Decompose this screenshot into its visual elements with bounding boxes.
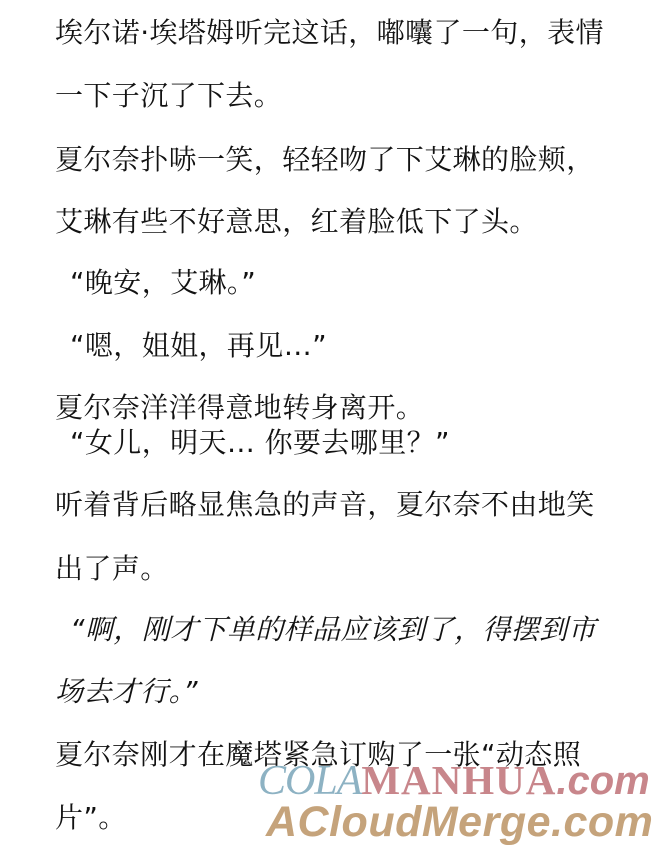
text-line: 片”。: [55, 803, 127, 833]
text-line: 埃尔诺·埃塔姆听完这话，嘟囔了一句，表情: [55, 18, 604, 48]
novel-text-page: 埃尔诺·埃塔姆听完这话，嘟囔了一句，表情 一下子沉了下去。 夏尔奈扑哧一笑，轻轻…: [0, 0, 660, 850]
text-line: 艾琳有些不好意思，红着脸低下了头。: [55, 207, 538, 237]
text-line: 一下子沉了下去。: [55, 81, 282, 111]
watermark-colamanhua: COLAMANHUA.com: [258, 758, 650, 802]
dialogue-line: “嗯，姐姐，再见…”: [70, 331, 327, 361]
text-line: 出了声。: [55, 554, 169, 584]
watermark-acloudmerge: ACloudMerge.com: [266, 797, 653, 847]
text-line: 夏尔奈扑哧一笑，轻轻吻了下艾琳的脸颊，: [55, 145, 595, 175]
italic-thought-line: 场去才行。”: [55, 677, 198, 707]
dialogue-line: “女儿，明天… 你要去哪里？”: [70, 428, 450, 458]
text-line: 听着背后略显焦急的声音，夏尔奈不由地笑: [55, 490, 595, 520]
italic-thought-line: “啊，刚才下单的样品应该到了，得摆到市: [70, 615, 596, 645]
text-line: 夏尔奈洋洋得意地转身离开。: [55, 393, 424, 423]
dialogue-line: “晚安，艾琳。”: [70, 268, 256, 298]
